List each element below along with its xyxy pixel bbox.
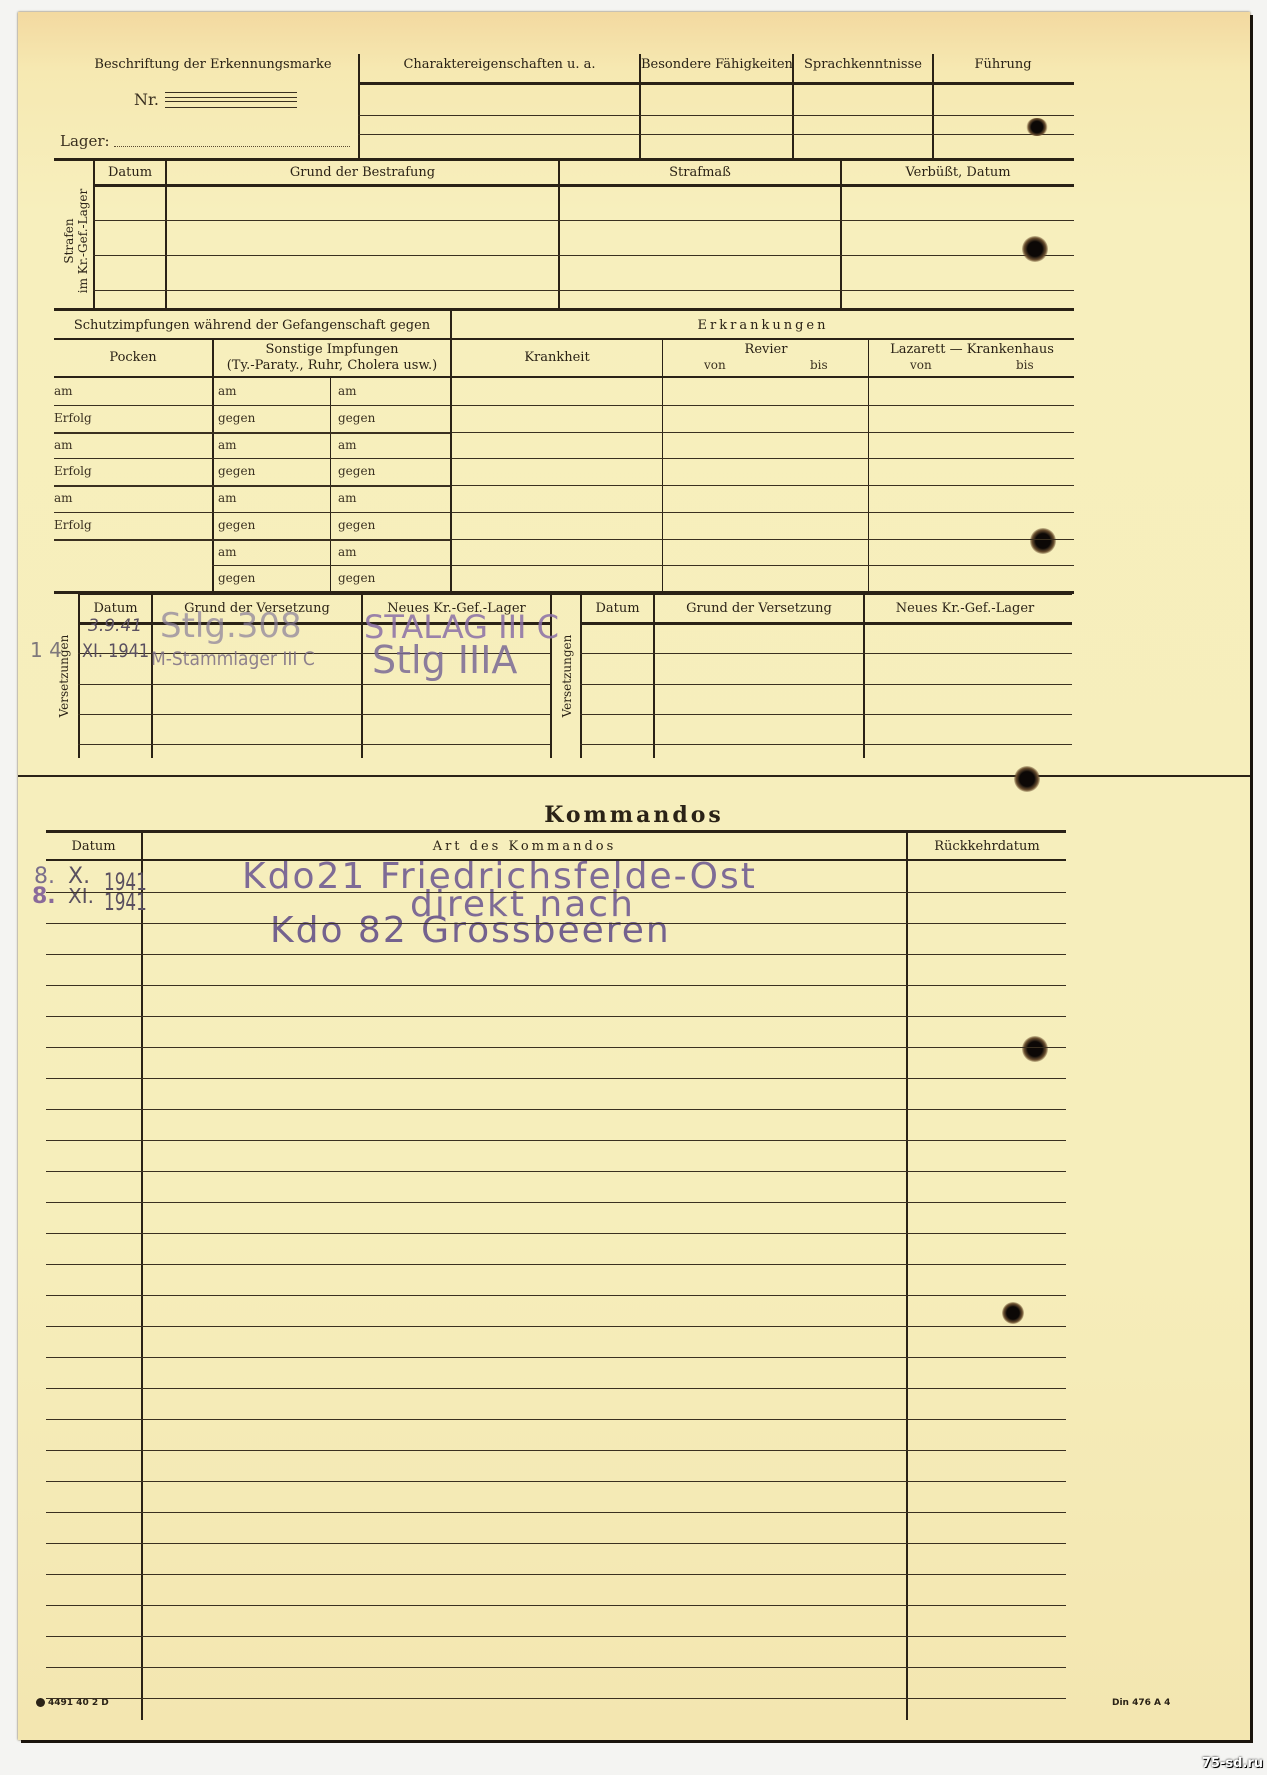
nr-label: Nr.: [134, 90, 159, 109]
kommando-row-line: [46, 1078, 1066, 1079]
kdo-date-2-month: XI.: [68, 884, 94, 908]
nr-field[interactable]: [165, 92, 297, 108]
impf-mid-label: am: [218, 491, 237, 505]
vers-col-datum: Datum: [80, 601, 151, 616]
impf-left-label: Erfolg: [54, 518, 92, 532]
strafen-col-strafmass: Strafmaß: [560, 165, 840, 180]
kommando-row-line: [46, 1233, 1066, 1234]
document-sheet: Beschriftung der Erkennungsmarke Nr. Lag…: [18, 12, 1250, 1740]
kommando-row-line: [46, 1636, 1066, 1637]
punch-hole: [1022, 1036, 1048, 1062]
kommando-row-line: [46, 1047, 1066, 1048]
impf-left-label: Erfolg: [54, 464, 92, 478]
kommando-row-line: [46, 892, 1066, 893]
watermark: 75-sd.ru: [1202, 1756, 1263, 1771]
punch-hole: [1014, 766, 1040, 792]
impf-left-label: am: [54, 384, 73, 398]
kommando-row-line: [46, 1450, 1066, 1451]
erkrankungen-heading: Erkrankungen: [452, 318, 1074, 333]
strafen-col-verbuesst: Verbüßt, Datum: [842, 165, 1074, 180]
vers-col-grund-2: Grund der Versetzung: [655, 601, 863, 616]
impf-right-label: gegen: [338, 411, 375, 425]
punch-hole: [1030, 528, 1056, 554]
col-sprachkenntnisse: Sprachkenntnisse: [794, 57, 932, 72]
sonstige-header-1: Sonstige Impfungen: [214, 342, 450, 357]
impf-mid-label: gegen: [218, 571, 255, 585]
impf-mid-label: am: [218, 438, 237, 452]
impf-right-label: am: [338, 491, 357, 505]
kommando-row-line: [46, 1388, 1066, 1389]
impf-mid-label: gegen: [218, 464, 255, 478]
kommando-row-line: [46, 1202, 1066, 1203]
impf-right-label: gegen: [338, 464, 375, 478]
printer-mark-icon: [36, 1698, 45, 1707]
punch-hole: [1002, 1302, 1024, 1324]
kdo-stamp-line-3: Kdo 82 Grossbeeren: [270, 910, 671, 951]
kommando-row-line: [46, 1667, 1066, 1668]
col-fuehrung: Führung: [934, 57, 1072, 72]
impf-mid-label: am: [218, 545, 237, 559]
strafen-side-label: Strafenim Kr.-Gef.-Lager: [62, 181, 90, 301]
kommando-row-line: [46, 1698, 1066, 1699]
col-charakter: Charaktereigenschaften u. a.: [360, 57, 639, 72]
impf-left-label: am: [54, 491, 73, 505]
kommando-row-line: [46, 1264, 1066, 1265]
lazarett-bis: bis: [1016, 358, 1034, 372]
revier-von: von: [704, 358, 726, 372]
kdo-col-rueckkehr: Rückkehrdatum: [908, 839, 1066, 854]
impf-mid-label: am: [218, 384, 237, 398]
kommando-row-line: [46, 1419, 1066, 1420]
kommando-row-line: [46, 1140, 1066, 1141]
lazarett-header: Lazarett — Krankenhaus: [870, 342, 1074, 357]
impf-left-label: Erfolg: [54, 411, 92, 425]
lager-field[interactable]: [114, 146, 350, 147]
vers-col-lager-2: Neues Kr.-Gef.-Lager: [865, 601, 1065, 616]
kommando-row-line: [46, 1481, 1066, 1482]
form-code-right: Din 476 A 4: [1112, 1698, 1170, 1708]
strafen-col-datum: Datum: [95, 165, 165, 180]
tag-heading: Beschriftung der Erkennungsmarke: [68, 57, 358, 72]
impf-right-label: am: [338, 545, 357, 559]
sonstige-header-2: (Ty.-Paraty., Ruhr, Cholera usw.): [214, 358, 450, 373]
vers-date-2: XI. 1941: [82, 640, 149, 662]
punch-hole: [1026, 118, 1048, 136]
impf-mid-label: gegen: [218, 411, 255, 425]
strafen-col-grund: Grund der Bestrafung: [167, 165, 558, 180]
kommandos-title: Kommandos: [18, 802, 1250, 828]
revier-header: Revier: [664, 342, 868, 357]
kommando-row-line: [46, 1109, 1066, 1110]
revier-bis: bis: [810, 358, 828, 372]
impf-mid-label: gegen: [218, 518, 255, 532]
kommando-row-line: [46, 1605, 1066, 1606]
kommando-row-line: [46, 923, 1066, 924]
form-code-left: 4491 40 2 D: [36, 1698, 109, 1708]
pocken-header: Pocken: [54, 350, 212, 365]
kommando-row-line: [46, 1295, 1066, 1296]
lazarett-von: von: [910, 358, 932, 372]
col-faehigkeiten: Besondere Fähigkeiten: [641, 57, 792, 72]
impfungen-heading: Schutzimpfungen während der Gefangenscha…: [54, 318, 450, 333]
kommando-row-line: [46, 985, 1066, 986]
impf-left-label: am: [54, 438, 73, 452]
kommando-row-line: [46, 1543, 1066, 1544]
impf-right-label: gegen: [338, 518, 375, 532]
kommando-row-line: [46, 1171, 1066, 1172]
punch-hole: [1022, 236, 1048, 262]
stamp-stlg-308: Stlg.308: [160, 606, 302, 646]
kommando-row-line: [46, 1326, 1066, 1327]
krankheit-header: Krankheit: [452, 350, 662, 365]
kdo-date-2-day: 8.: [32, 884, 56, 909]
kommando-row-line: [46, 1016, 1066, 1017]
stamp-stammlager: M-Stammlager III C: [151, 648, 315, 670]
lager-label: Lager:: [60, 132, 110, 150]
kdo-col-art: Art des Kommandos: [143, 839, 906, 854]
stamp-stlg-iiia: Stlg IIIA: [372, 638, 517, 682]
margin-number: 1 4: [30, 638, 62, 662]
kommando-row-line: [46, 1512, 1066, 1513]
kdo-col-datum: Datum: [46, 839, 141, 854]
kommando-row-line: [46, 954, 1066, 955]
vers-col-datum-2: Datum: [582, 601, 653, 616]
kommando-row-line: [46, 1357, 1066, 1358]
vers-date-1: 3.9.41: [88, 616, 142, 636]
versetzungen-side-label-2: Versetzungen: [560, 626, 576, 726]
kommando-row-line: [46, 1574, 1066, 1575]
impf-right-label: gegen: [338, 571, 375, 585]
impf-right-label: am: [338, 438, 357, 452]
impf-right-label: am: [338, 384, 357, 398]
